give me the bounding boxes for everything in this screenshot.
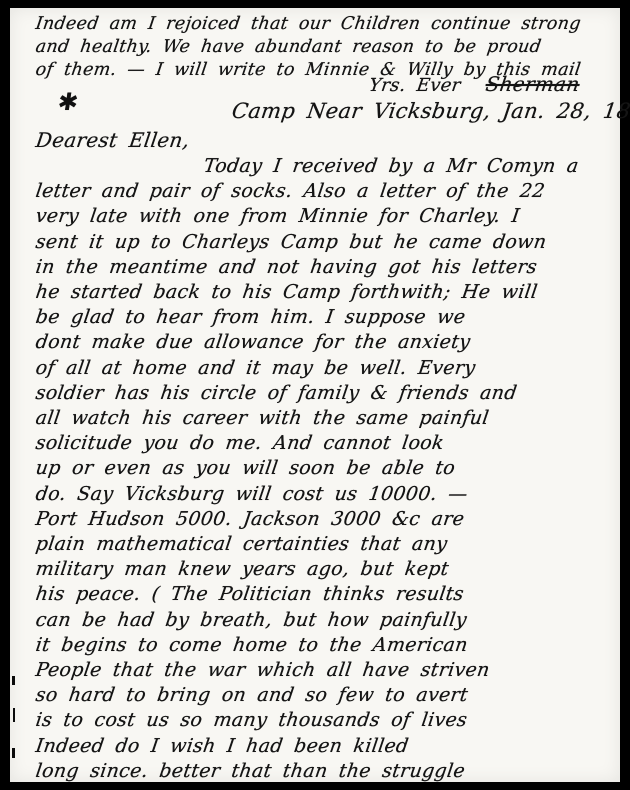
dateline: Camp Near Vicksburg, Jan. 28, 1863 bbox=[34, 96, 610, 126]
letter-line: can be had by breath, but how painfully bbox=[34, 608, 610, 633]
signature-line: Yrs. Ever Sherman bbox=[34, 74, 609, 96]
letter-line: solicitude you do me. And cannot look bbox=[34, 431, 610, 456]
letter-line: letter and pair of socks. Also a letter … bbox=[34, 179, 610, 204]
letter-scan: ✱ Indeed am I rejoiced that our Children… bbox=[0, 0, 630, 790]
letter-line: is to cost us so many thousands of lives bbox=[34, 708, 610, 733]
letter-line: and healthy. We have abundant reason to … bbox=[34, 36, 609, 59]
letter-line: do. Say Vicksburg will cost us 10000. — bbox=[34, 482, 610, 507]
signature-name: Sherman bbox=[470, 72, 581, 96]
signature-prefix: Yrs. Ever bbox=[368, 75, 462, 96]
letter-line: People that the war which all have striv… bbox=[34, 658, 610, 683]
letter-line: soldier has his circle of family & frien… bbox=[34, 381, 610, 406]
letter-line: long since. better that than the struggl… bbox=[34, 759, 610, 784]
letter-line: Indeed am I rejoiced that our Children c… bbox=[34, 13, 609, 36]
letter-content: Indeed am I rejoiced that our Children c… bbox=[10, 8, 620, 782]
letter-line: Today I received by a Mr Comyn a bbox=[34, 154, 610, 179]
letter-line: dont make due allowance for the anxiety bbox=[34, 330, 610, 355]
letter-line: be glad to hear from him. I suppose we bbox=[34, 305, 610, 330]
letter-line: military man knew years ago, but kept bbox=[34, 557, 610, 582]
letter-line: so hard to bring on and so few to avert bbox=[34, 683, 610, 708]
salutation: Dearest Ellen, bbox=[34, 126, 610, 154]
letter-line: he started back to his Camp forthwith; H… bbox=[34, 280, 610, 305]
letter-line: Port Hudson 5000. Jackson 3000 &c are bbox=[34, 507, 610, 532]
letter-line: all watch his career with the same painf… bbox=[34, 406, 610, 431]
letter-line: plain mathematical certainties that any bbox=[34, 532, 610, 557]
letter-page: ✱ Indeed am I rejoiced that our Children… bbox=[10, 8, 620, 782]
letter-line: Indeed do I wish I had been killed bbox=[34, 734, 610, 759]
letter-line: very late with one from Minnie for Charl… bbox=[34, 204, 610, 229]
letter-line: sent it up to Charleys Camp but he came … bbox=[34, 230, 610, 255]
letter-line: his peace. ( The Politician thinks resul… bbox=[34, 582, 610, 607]
letter-line: of all at home and it may be well. Every bbox=[34, 356, 610, 381]
letter-line: it begins to come home to the American bbox=[34, 633, 610, 658]
letter-line: up or even as you will soon be able to bbox=[34, 456, 610, 481]
letter-line: in the meantime and not having got his l… bbox=[34, 255, 610, 280]
